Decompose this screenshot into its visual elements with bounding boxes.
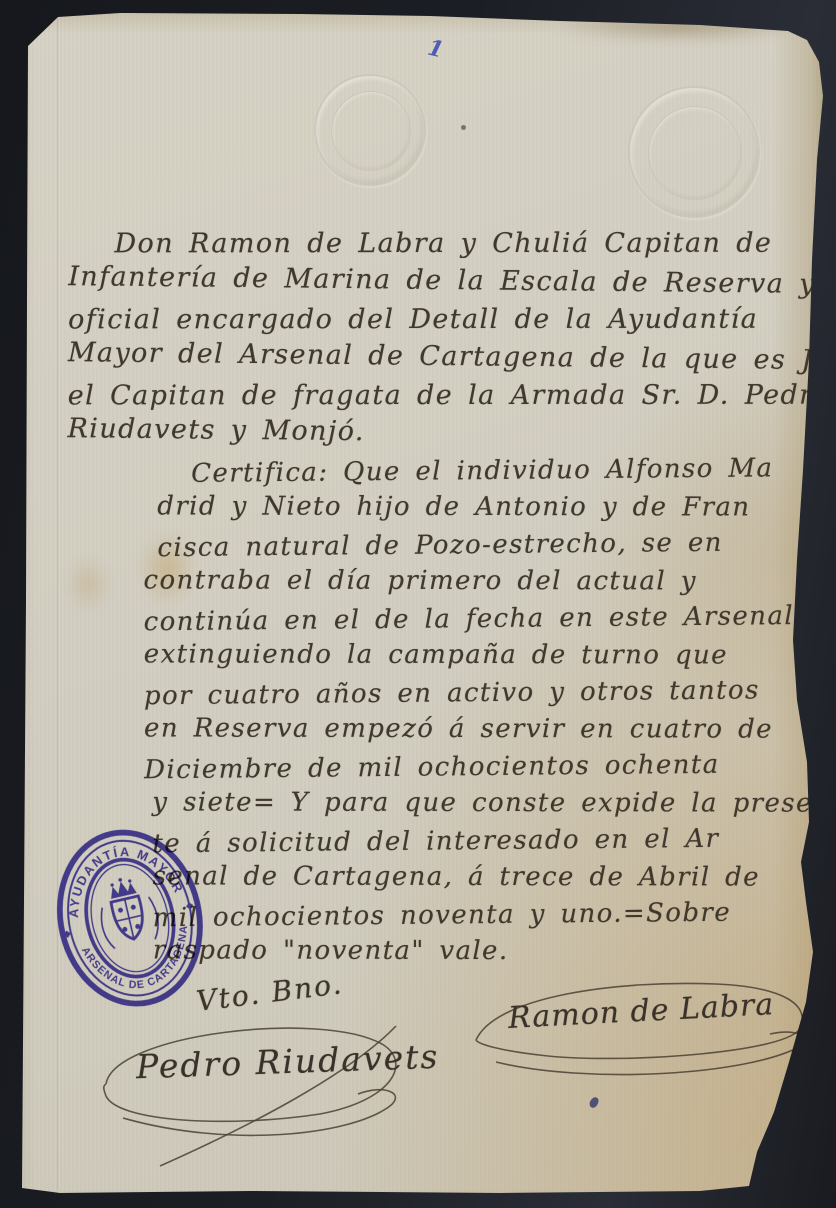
manuscript-line: Infantería de Marina de la Escala de Res… (68, 258, 816, 304)
laurel-sprig-right (145, 896, 162, 939)
embossed-seal-inner-ring (648, 106, 742, 200)
manuscript-line: el Capitan de fragata de la Armada Sr. D… (68, 377, 816, 416)
manuscript-line: por cuatro años en activo y otros tantos (144, 672, 823, 716)
flourish-underline (123, 1090, 395, 1136)
manuscript-line: drid y Nieto hijo de Antonio y de Fran (157, 488, 822, 526)
manuscript-line: contraba el día primero del actual y (144, 562, 823, 600)
manuscript-line: Riudavets y Monjó. (67, 410, 815, 456)
paper-speck (461, 125, 466, 130)
shield-charge (130, 904, 136, 910)
manuscript-line: raspado "noventa" vale. (153, 932, 824, 970)
embossed-seal-left (314, 74, 426, 186)
manuscript-line: Don Ramon de Labra y Chuliá Capitan de (68, 225, 816, 264)
manuscript-line: cisca natural de Pozo-estrecho, se en (157, 524, 822, 567)
opening-paragraph: Don Ramon de Labra y Chuliá Capitan de I… (67, 222, 816, 454)
shield-charge (118, 907, 124, 913)
manuscript-line: Diciembre de mil ochocientos ochenta (144, 746, 823, 790)
document-page: 1 Don Ramon de Labra y Chuliá Capitan de… (0, 0, 836, 1208)
manuscript-line: y siete= Y para que conste expide la pre… (152, 784, 823, 822)
manuscript-line: en Reserva empezó á servir en cuatro de (144, 710, 823, 748)
crown-jewel (110, 883, 114, 887)
manuscript-line: oficial encargado del Detall de la Ayuda… (68, 301, 816, 340)
scanned-document: 1 Don Ramon de Labra y Chuliá Capitan de… (0, 0, 836, 1208)
manuscript-line: te á solicitud del interesado en el Ar (152, 820, 823, 863)
manuscript-line: continúa en el de la fecha en este Arsen… (144, 598, 823, 642)
flourish-underline (496, 1032, 805, 1074)
paper-stain (560, 12, 800, 42)
embossed-seal-inner-ring (331, 91, 411, 171)
manuscript-line: extinguiendo la campaña de turno que (144, 636, 823, 674)
embossed-seal-right (628, 86, 760, 218)
paper-stain (66, 556, 110, 612)
folio-annotation-mark: 1 (425, 35, 446, 64)
stamp-ornament-right: ◆ (184, 900, 195, 912)
crown-jewel (118, 878, 122, 882)
stamp-crest-icon (93, 872, 163, 950)
manuscript-line: senal de Cartagena, á trece de Abril de (153, 858, 824, 896)
manuscript-line: mil ochocientos noventa y uno.=Sobre (153, 894, 824, 937)
certification-paragraph: Certifica: Que el individuo Alfonso Ma d… (157, 451, 824, 971)
crown-jewel (128, 879, 132, 883)
ink-dot (588, 1096, 599, 1109)
manuscript-line: Certifica: Que el individuo Alfonso Ma (157, 450, 822, 493)
fold-line (57, 14, 60, 1190)
signature-flourish-left (88, 1004, 448, 1179)
manuscript-line: Mayor del Arsenal de Cartagena de la que… (68, 334, 816, 380)
crown-icon (108, 878, 137, 898)
